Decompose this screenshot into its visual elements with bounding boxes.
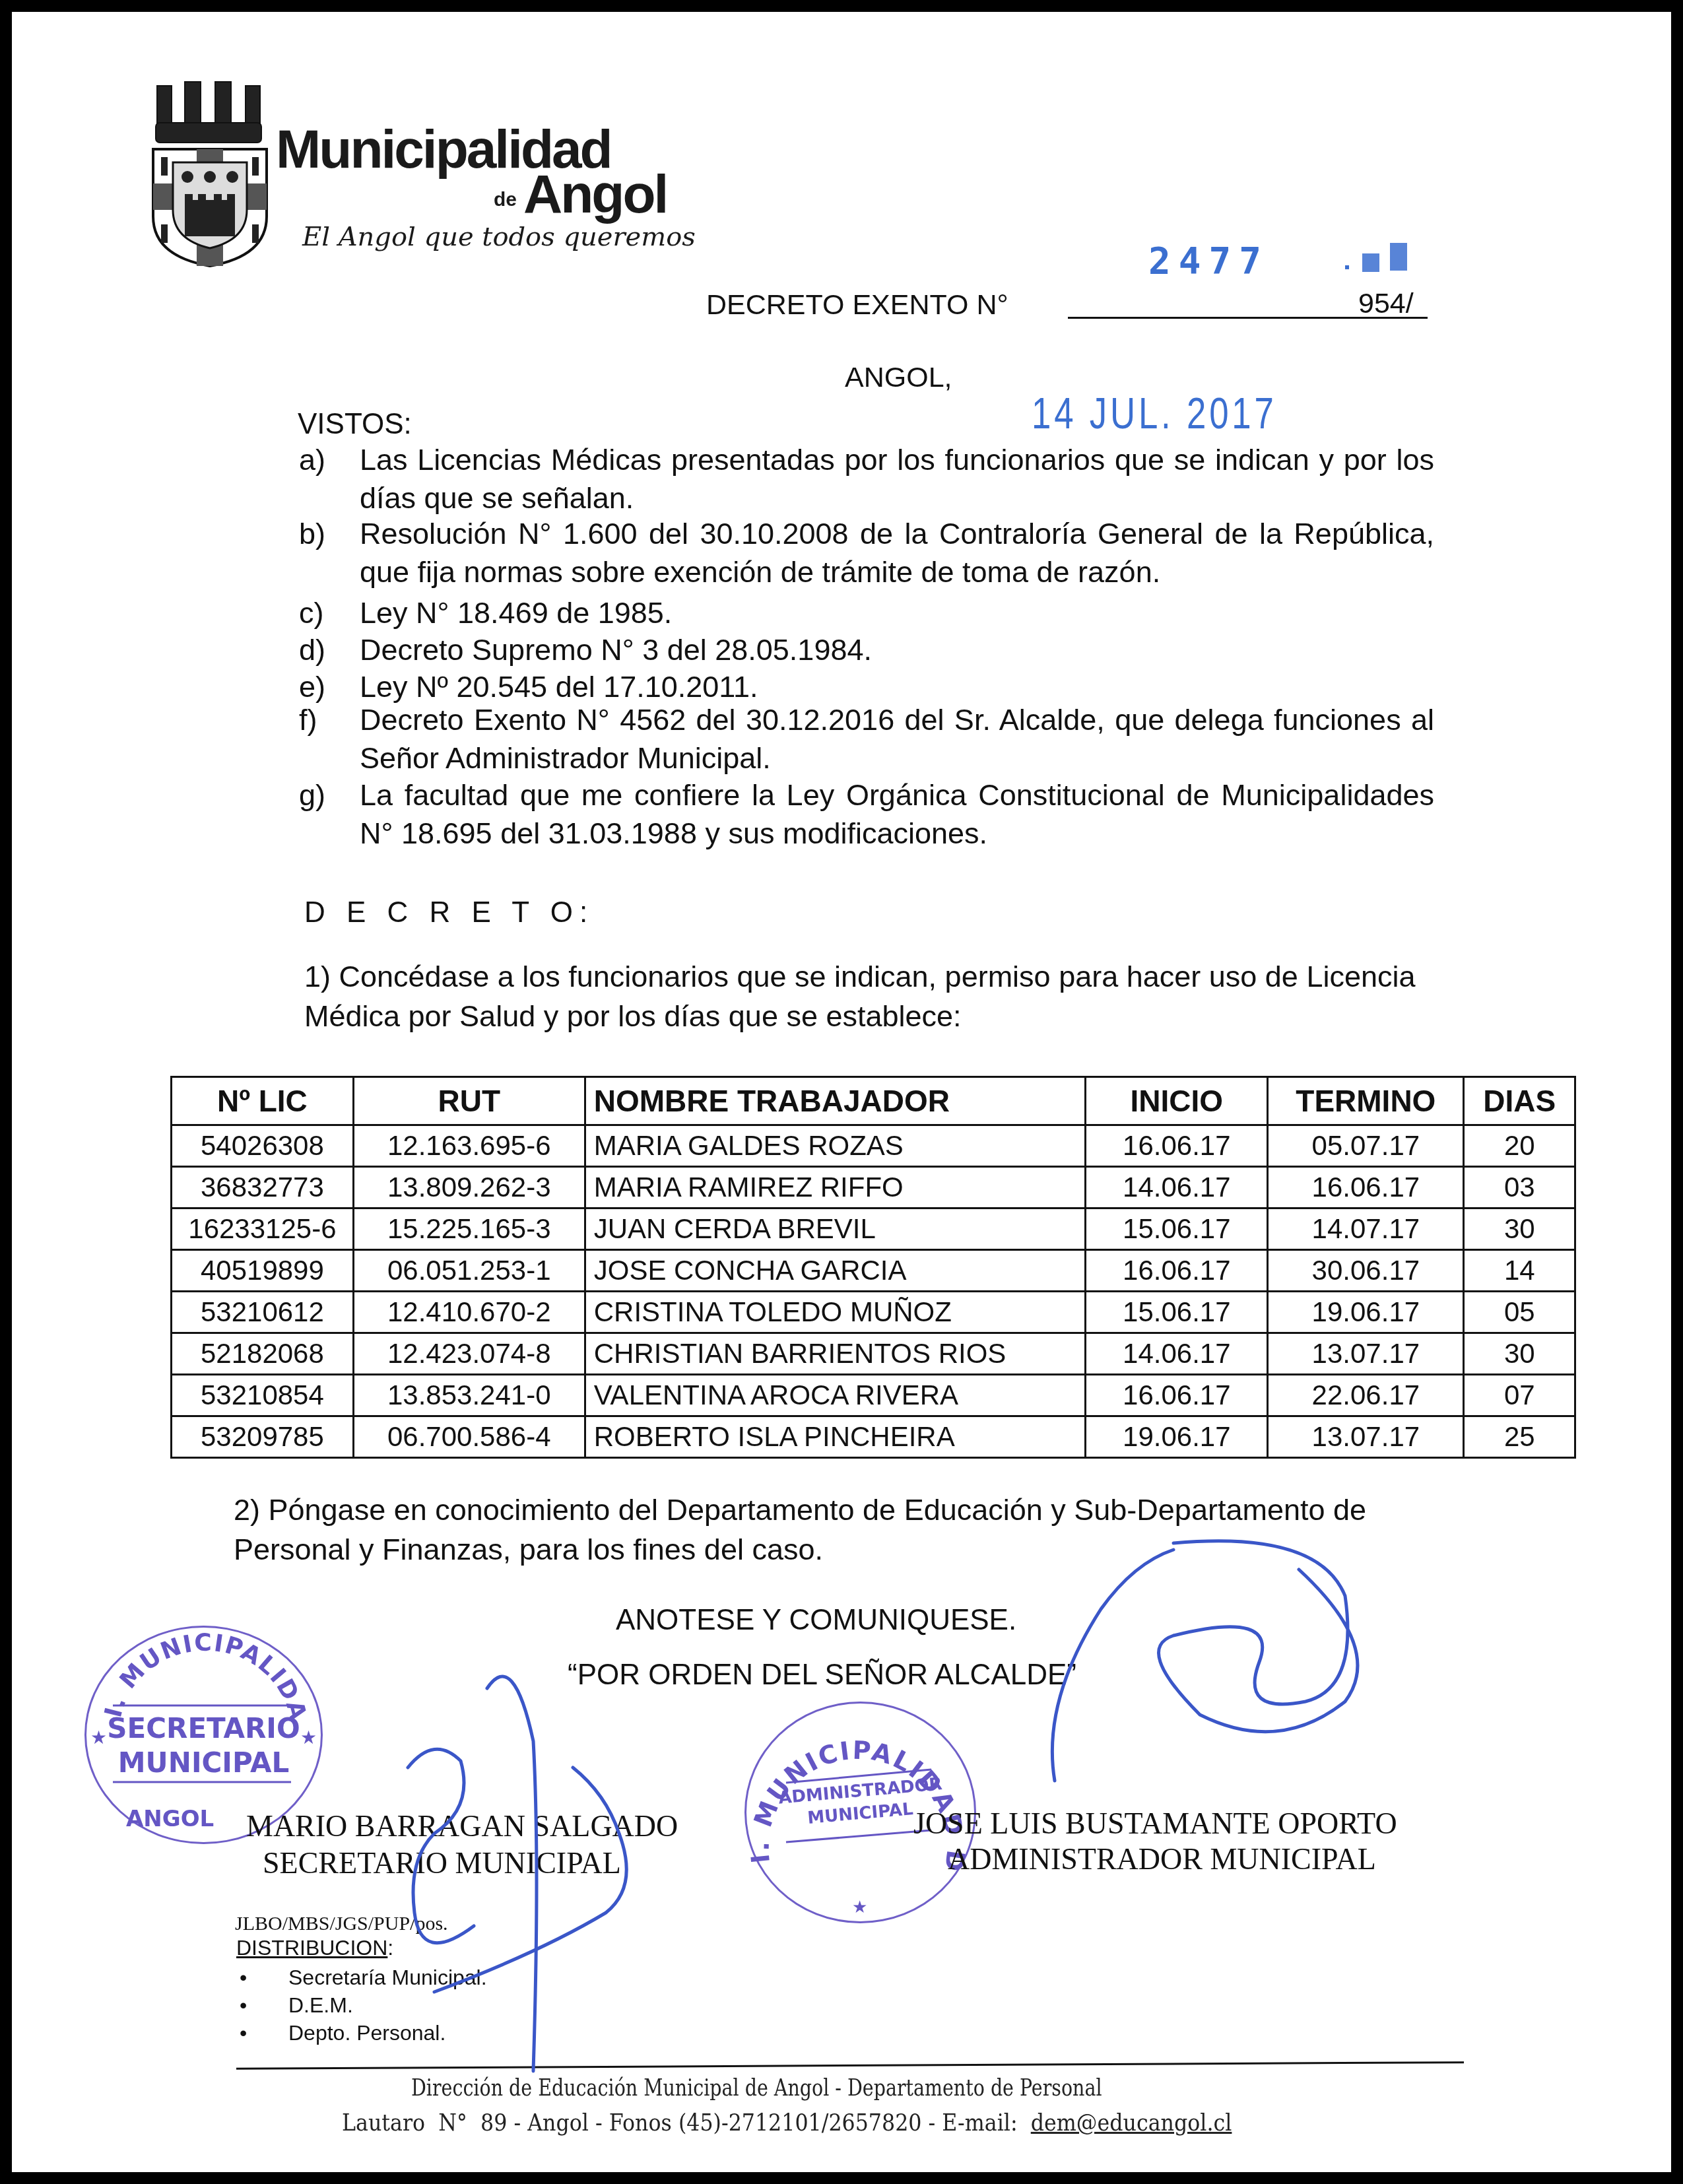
table-row: 5320978506.700.586-4ROBERTO ISLA PINCHEI… [172, 1416, 1575, 1458]
cell-nro-lic: 52182068 [172, 1333, 354, 1375]
vistos-item-label: f) [299, 701, 317, 739]
col-header-nombre: NOMBRE TRABAJADOR [585, 1077, 1086, 1125]
footer-line-2: Lautaro N° 89 - Angol - Fonos (45)-27121… [342, 2109, 1232, 2136]
cell-nombre: MARIA RAMIREZ RIFFO [585, 1167, 1086, 1208]
cell-nro-lic: 16233125-6 [172, 1208, 354, 1250]
cell-nombre: VALENTINA AROCA RIVERA [585, 1375, 1086, 1416]
footer-divider [236, 2061, 1464, 2070]
vistos-item: f) Decreto Exento N° 4562 del 30.12.2016… [299, 701, 1434, 778]
decreto-title: D E C R E T O: [304, 896, 594, 929]
table-row: 5218206812.423.074-8CHRISTIAN BARRIENTOS… [172, 1333, 1575, 1375]
vistos-item: a) Las Licencias Médicas presentadas por… [299, 441, 1434, 517]
cell-termino: 16.06.17 [1268, 1167, 1464, 1208]
distribution-item: •Secretaría Municipal. [240, 1966, 487, 1990]
seal-1-line2: MUNICIPAL [86, 1746, 321, 1779]
col-header-inicio: INICIO [1086, 1077, 1268, 1125]
col-header-dias: DIAS [1464, 1077, 1575, 1125]
cell-nro-lic: 54026308 [172, 1125, 354, 1167]
cell-termino: 05.07.17 [1268, 1125, 1464, 1167]
cell-inicio: 16.06.17 [1086, 1250, 1268, 1292]
vistos-item-text: Las Licencias Médicas presentadas por lo… [360, 441, 1434, 517]
cell-dias: 07 [1464, 1375, 1575, 1416]
cell-rut: 06.700.586-4 [353, 1416, 585, 1458]
cell-inicio: 16.06.17 [1086, 1375, 1268, 1416]
closing-por-orden: “POR ORDEN DEL SEÑOR ALCALDE” [568, 1659, 1076, 1692]
svg-text:I. MUNICIPALIDAD: I. MUNICIPALIDAD [86, 1628, 312, 1724]
decreto-point-2: 2) Póngase en conocimiento del Departame… [234, 1490, 1461, 1570]
cell-termino: 13.07.17 [1268, 1333, 1464, 1375]
licencias-table: Nº LIC RUT NOMBRE TRABAJADOR INICIO TERM… [170, 1076, 1576, 1459]
col-header-rut: RUT [353, 1077, 585, 1125]
vistos-title: VISTOS: [298, 408, 412, 441]
star-icon: ★ [852, 1898, 867, 1917]
table-row: 3683277313.809.262-3MARIA RAMIREZ RIFFO1… [172, 1167, 1575, 1208]
distribution-title: DISTRIBUCION [236, 1936, 387, 1960]
cell-dias: 03 [1464, 1167, 1575, 1208]
signature-2-name: JOSE LUIS BUSTAMANTE OPORTO [913, 1806, 1397, 1841]
cell-dias: 05 [1464, 1292, 1575, 1333]
cell-nombre: JUAN CERDA BREVIL [585, 1208, 1086, 1250]
distribution-item: •Depto. Personal. [240, 2021, 445, 2045]
vistos-item-text: Ley N° 18.469 de 1985. [360, 594, 1434, 632]
vistos-item-text: La facultad que me confiere la Ley Orgán… [360, 776, 1434, 853]
cell-termino: 13.07.17 [1268, 1416, 1464, 1458]
vistos-item-label: d) [299, 631, 325, 669]
scanned-page: Municipalidad de Angol El Angol que todo… [0, 0, 1683, 2184]
cell-inicio: 19.06.17 [1086, 1416, 1268, 1458]
distribution-item-text: D.E.M. [288, 1993, 353, 2017]
cell-rut: 12.163.695-6 [353, 1125, 585, 1167]
vistos-item-label: a) [299, 441, 325, 479]
cell-nombre: CRISTINA TOLEDO MUÑOZ [585, 1292, 1086, 1333]
star-icon: ★ [90, 1727, 107, 1748]
cell-dias: 20 [1464, 1125, 1575, 1167]
table-row: 5321061212.410.670-2CRISTINA TOLEDO MUÑO… [172, 1292, 1575, 1333]
closing-anotese: ANOTESE Y COMUNIQUESE. [616, 1604, 1016, 1637]
decreto-label: DECRETO EXENTO N° [706, 289, 1008, 321]
vistos-item-text: Resolución N° 1.600 del 30.10.2008 de la… [360, 515, 1434, 591]
distribution-heading: DISTRIBUCION: [236, 1936, 393, 1960]
distribution-item-text: Depto. Personal. [288, 2021, 445, 2045]
vistos-item-text: Decreto Supremo N° 3 del 28.05.1984. [360, 631, 1434, 669]
distribution-title-colon: : [387, 1936, 393, 1960]
cell-rut: 12.423.074-8 [353, 1333, 585, 1375]
footer-line-1: Dirección de Educación Municipal de Ango… [411, 2074, 1102, 2101]
footer-address: Lautaro N° 89 - Angol - Fonos (45)-27121… [342, 2109, 1031, 2136]
logo-city: Angol [523, 168, 667, 222]
stamp-number: 2477 [1148, 240, 1269, 282]
stamp-date: 14 JUL. 2017 [1032, 388, 1277, 438]
footer-email-link[interactable]: dem@educangol.cl [1031, 2109, 1232, 2136]
table-row: 5402630812.163.695-6MARIA GALDES ROZAS16… [172, 1125, 1575, 1167]
distribution-item: •D.E.M. [240, 1993, 353, 2018]
cell-inicio: 16.06.17 [1086, 1125, 1268, 1167]
coat-of-arms-icon [144, 78, 276, 269]
cell-rut: 13.853.241-0 [353, 1375, 585, 1416]
col-header-termino: TERMINO [1268, 1077, 1464, 1125]
cell-nombre: CHRISTIAN BARRIENTOS RIOS [585, 1333, 1086, 1375]
cell-nro-lic: 36832773 [172, 1167, 354, 1208]
table-row: 16233125-615.225.165-3JUAN CERDA BREVIL1… [172, 1208, 1575, 1250]
vistos-item: b) Resolución N° 1.600 del 30.10.2008 de… [299, 515, 1434, 591]
cell-rut: 06.051.253-1 [353, 1250, 585, 1292]
cell-termino: 14.07.17 [1268, 1208, 1464, 1250]
vistos-item-text: Decreto Exento N° 4562 del 30.12.2016 de… [360, 701, 1434, 778]
vistos-item: g) La facultad que me confiere la Ley Or… [299, 776, 1434, 853]
cell-nombre: JOSE CONCHA GARCIA [585, 1250, 1086, 1292]
decreto-point-1: 1) Concédase a los funcionarios que se i… [304, 957, 1446, 1036]
cell-rut: 12.410.670-2 [353, 1292, 585, 1333]
cell-inicio: 15.06.17 [1086, 1292, 1268, 1333]
cell-nro-lic: 53210612 [172, 1292, 354, 1333]
signature-2-stroke-2 [1159, 1541, 1358, 1732]
cell-nro-lic: 53210854 [172, 1375, 354, 1416]
distribution-item-text: Secretaría Municipal. [288, 1966, 487, 1989]
vistos-item: d) Decreto Supremo N° 3 del 28.05.1984. [299, 631, 1434, 669]
stamp-mark-icon [1338, 243, 1411, 282]
logo-de: de [494, 189, 517, 211]
cell-termino: 22.06.17 [1268, 1375, 1464, 1416]
cell-termino: 19.06.17 [1268, 1292, 1464, 1333]
col-header-nro-lic: Nº LIC [172, 1077, 354, 1125]
signature-1-name: MARIO BARRAGAN SALGADO [246, 1808, 678, 1843]
vistos-item-label: g) [299, 776, 325, 814]
signature-1-title: SECRETARIO MUNICIPAL [263, 1845, 621, 1880]
cell-dias: 30 [1464, 1333, 1575, 1375]
vistos-item-label: c) [299, 594, 324, 632]
table-body: 5402630812.163.695-6MARIA GALDES ROZAS16… [172, 1125, 1575, 1458]
bullet-icon: • [240, 2021, 288, 2045]
table-row: 5321085413.853.241-0VALENTINA AROCA RIVE… [172, 1375, 1575, 1416]
cell-rut: 15.225.165-3 [353, 1208, 585, 1250]
seal-1-line1: SECRETARIO [86, 1712, 321, 1744]
logo-slogan: El Angol que todos queremos [302, 222, 696, 252]
cell-dias: 25 [1464, 1416, 1575, 1458]
seal-1-top-text: I. MUNICIPALIDAD [86, 1628, 312, 1724]
cell-dias: 30 [1464, 1208, 1575, 1250]
cell-inicio: 15.06.17 [1086, 1208, 1268, 1250]
decreto-number: 954/ [1358, 288, 1414, 320]
cell-inicio: 14.06.17 [1086, 1167, 1268, 1208]
cell-inicio: 14.06.17 [1086, 1333, 1268, 1375]
initials: JLBO/MBS/JGS/PUP/pos. [235, 1913, 448, 1935]
place-label: ANGOL, [845, 362, 952, 394]
cell-dias: 14 [1464, 1250, 1575, 1292]
cell-nro-lic: 53209785 [172, 1416, 354, 1458]
signature-2-title: ADMINISTRADOR MUNICIPAL [948, 1841, 1376, 1876]
bullet-icon: • [240, 1993, 288, 2018]
document-sheet: Municipalidad de Angol El Angol que todo… [12, 12, 1671, 2172]
table-header-row: Nº LIC RUT NOMBRE TRABAJADOR INICIO TERM… [172, 1077, 1575, 1125]
bullet-icon: • [240, 1966, 288, 1990]
star-icon: ★ [300, 1727, 317, 1748]
vistos-item-label: b) [299, 515, 325, 553]
table-row: 4051989906.051.253-1JOSE CONCHA GARCIA16… [172, 1250, 1575, 1292]
cell-nombre: MARIA GALDES ROZAS [585, 1125, 1086, 1167]
cell-rut: 13.809.262-3 [353, 1167, 585, 1208]
cell-termino: 30.06.17 [1268, 1250, 1464, 1292]
cell-nro-lic: 40519899 [172, 1250, 354, 1292]
vistos-item: c) Ley N° 18.469 de 1985. [299, 594, 1434, 632]
cell-nombre: ROBERTO ISLA PINCHEIRA [585, 1416, 1086, 1458]
